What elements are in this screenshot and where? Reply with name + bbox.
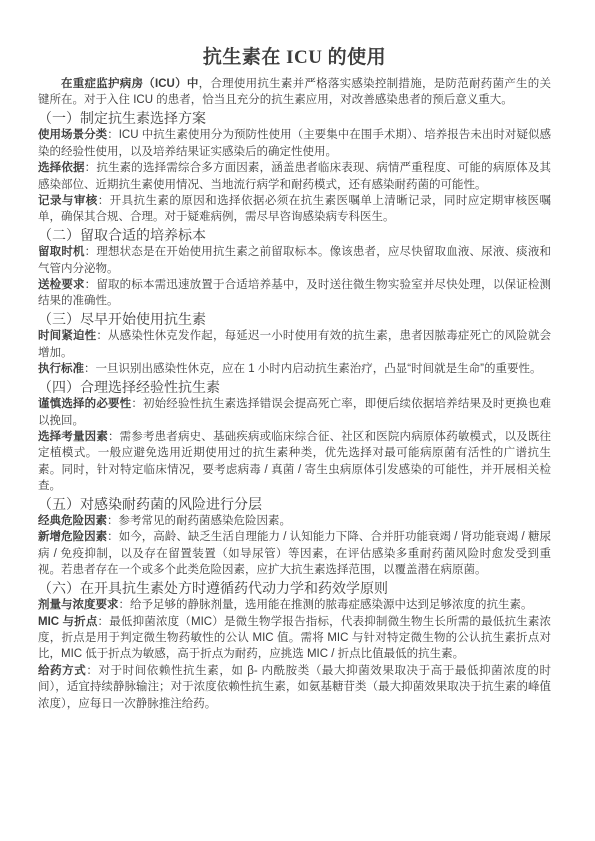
section-heading: （一）制定抗生素选择方案 (38, 109, 551, 128)
paragraph-label: 给药方式 (38, 665, 86, 677)
section-heading: （三）尽早开始使用抗生素 (38, 310, 551, 329)
paragraph: 执行标准：一旦识别出感染性休克，应在 1 小时内启动抗生素治疗，凸显“时间就是生… (38, 361, 551, 377)
paragraph-text: ：开具抗生素的原因和选择依据必须在抗生素医嘱单上清晰记录，同时应定期审核医嘱单，… (38, 195, 551, 223)
section-heading-text: （五）对感染耐药菌的风险进行分层 (38, 496, 262, 512)
paragraph: MIC 与折点：最低抑菌浓度（MIC）是微生物学报告指标，代表抑制微生物生长所需… (38, 614, 551, 663)
paragraph: 在重症监护病房（ICU）中，合理使用抗生素并严格落实感染控制措施，是防范耐药菌产… (38, 76, 551, 109)
paragraph-text: ：参考常见的耐药菌感染危险因素。 (107, 515, 291, 527)
paragraph-label: 使用场景分类 (38, 129, 107, 141)
document-page: 抗生素在 ICU 的使用 在重症监护病房（ICU）中，合理使用抗生素并严格落实感… (0, 0, 595, 841)
paragraph-text: ：对于时间依赖性抗生素，如 β- 内酰胺类（最大抑菌效果取决于高于最低抑菌浓度的… (38, 665, 551, 710)
paragraph-label: 留取时机 (38, 246, 85, 258)
section-heading: （五）对感染耐药菌的风险进行分层 (38, 495, 551, 514)
paragraph: 送检要求：留取的标本需迅速放置于合适培养基中，及时送往微生物实验室并尽快处理，以… (38, 277, 551, 310)
paragraph-text: ：如今，高龄、缺乏生活自理能力 / 认知能力下降、合并肝功能衰竭 / 肾功能衰竭… (38, 531, 551, 576)
paragraph-text: ：给予足够的静脉剂量，选用能在推测的脓毒症感染源中达到足够浓度的抗生素。 (119, 599, 533, 611)
section-heading: （四）合理选择经验性抗生素 (38, 378, 551, 397)
paragraph: 新增危险因素：如今，高龄、缺乏生活自理能力 / 认知能力下降、合并肝功能衰竭 /… (38, 529, 551, 578)
paragraph-label: 执行标准 (38, 363, 84, 375)
paragraph-label: MIC 与折点 (38, 616, 98, 628)
paragraph-label: 剂量与浓度要求 (38, 599, 119, 611)
paragraph: 选择依据：抗生素的选择需综合多方面因素，涵盖患者临床表现、病情严重程度、可能的病… (38, 160, 551, 193)
section-heading-text: （六）在开具抗生素处方时遵循药代动力学和药效学原则 (38, 580, 388, 596)
section-heading: （二）留取合适的培养标本 (38, 226, 551, 245)
paragraph-label: 送检要求 (38, 279, 85, 291)
section-heading-text: （一）制定抗生素选择方案 (38, 110, 206, 126)
paragraph-label: 经典危险因素 (38, 515, 107, 527)
paragraph: 经典危险因素：参考常见的耐药菌感染危险因素。 (38, 513, 551, 529)
section-heading: （六）在开具抗生素处方时遵循药代动力学和药效学原则 (38, 579, 551, 598)
paragraph-label: 选择依据 (38, 162, 85, 174)
paragraph-label: 记录与审核 (38, 195, 98, 207)
section-heading-text: （二）留取合适的培养标本 (38, 227, 206, 243)
paragraph-label: 选择考量因素 (38, 431, 108, 443)
paragraph-text: ：一旦识别出感染性休克，应在 1 小时内启动抗生素治疗，凸显“时间就是生命”的重… (84, 363, 541, 375)
document-title: 抗生素在 ICU 的使用 (38, 44, 551, 71)
paragraph: 剂量与浓度要求：给予足够的静脉剂量，选用能在推测的脓毒症感染源中达到足够浓度的抗… (38, 597, 551, 613)
document-body: 在重症监护病房（ICU）中，合理使用抗生素并严格落实感染控制措施，是防范耐药菌产… (38, 76, 551, 712)
paragraph-text: ：需参考患者病史、基础疾病或临床综合征、社区和医院内病原体药敏模式，以及既往定植… (38, 431, 551, 492)
paragraph-text: ：ICU 中抗生素使用分为预防性使用（主要集中在围手术期）、培养报告未出时对疑似… (38, 129, 551, 157)
paragraph-label: 时间紧迫性 (38, 330, 96, 342)
paragraph: 选择考量因素：需参考患者病史、基础疾病或临床综合征、社区和医院内病原体药敏模式，… (38, 429, 551, 495)
paragraph: 记录与审核：开具抗生素的原因和选择依据必须在抗生素医嘱单上清晰记录，同时应定期审… (38, 193, 551, 226)
paragraph-text: ：留取的标本需迅速放置于合适培养基中，及时送往微生物实验室并尽快处理，以保证检测… (38, 279, 551, 307)
paragraph: 使用场景分类：ICU 中抗生素使用分为预防性使用（主要集中在围手术期）、培养报告… (38, 127, 551, 160)
paragraph-text: ：抗生素的选择需综合多方面因素，涵盖患者临床表现、病情严重程度、可能的病原体及其… (38, 162, 551, 190)
paragraph: 时间紧迫性：从感染性休克发作起，每延迟一小时使用有效的抗生素，患者因脓毒症死亡的… (38, 328, 551, 361)
paragraph-label: 在重症监护病房（ICU）中 (61, 78, 199, 90)
section-heading-text: （四）合理选择经验性抗生素 (38, 379, 220, 395)
paragraph-label: 新增危险因素 (38, 531, 107, 543)
paragraph-text: ：理想状态是在开始使用抗生素之前留取标本。像该患者，应尽快留取血液、尿液、痰液和… (38, 246, 551, 274)
paragraph-text: ：最低抑菌浓度（MIC）是微生物学报告指标，代表抑制微生物生长所需的最低抗生素浓… (38, 616, 551, 661)
paragraph: 给药方式：对于时间依赖性抗生素，如 β- 内酰胺类（最大抑菌效果取决于高于最低抑… (38, 663, 551, 712)
paragraph-label: 谨慎选择的必要性 (38, 398, 131, 410)
paragraph-text: ：从感染性休克发作起，每延迟一小时使用有效的抗生素，患者因脓毒症死亡的风险就会增… (38, 330, 551, 358)
section-heading-text: （三）尽早开始使用抗生素 (38, 311, 206, 327)
paragraph: 谨慎选择的必要性：初始经验性抗生素选择错误会提高死亡率，即便后续依据培养结果及时… (38, 396, 551, 429)
paragraph: 留取时机：理想状态是在开始使用抗生素之前留取标本。像该患者，应尽快留取血液、尿液… (38, 244, 551, 277)
